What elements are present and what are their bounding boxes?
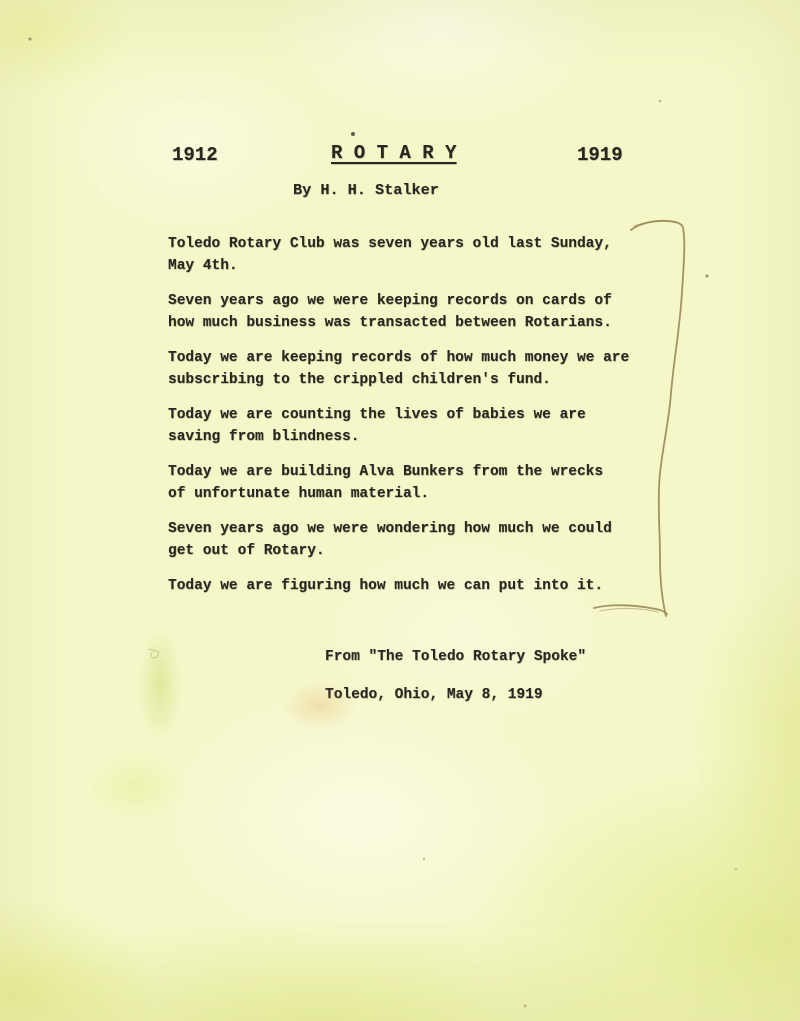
attribution-source: From "The Toledo Rotary Spoke": [325, 646, 586, 668]
paragraph-3: Today we are keeping records of how much…: [168, 347, 658, 391]
paragraph-7: Today we are figuring how much we can pu…: [168, 575, 658, 597]
paper-speck: [351, 132, 355, 136]
byline: By H. H. Stalker: [293, 179, 439, 201]
pencil-bracket-double-stroke: [634, 221, 677, 226]
paragraph-6: Seven years ago we were wondering how mu…: [168, 518, 658, 562]
paper-speck: [705, 274, 708, 277]
paper-speck: [659, 100, 662, 103]
paper-speck: [423, 858, 425, 860]
paragraph-2: Seven years ago we were keeping records …: [168, 290, 658, 334]
paper-speck: [28, 37, 31, 40]
paper-speck: [735, 868, 737, 870]
paragraph-4: Today we are counting the lives of babie…: [168, 404, 658, 448]
document-title: R O T A R Y: [329, 141, 458, 165]
paper-stain-yellow: [88, 752, 184, 822]
pencil-scribble: [149, 649, 159, 658]
paper-speck: [524, 1005, 527, 1008]
paragraph-5: Today we are building Alva Bunkers from …: [168, 461, 658, 505]
paper-stain-green: [138, 628, 182, 743]
year-left: 1912: [172, 144, 218, 166]
document-body: Toledo Rotary Club was seven years old l…: [168, 233, 658, 610]
paragraph-1: Toledo Rotary Club was seven years old l…: [168, 233, 658, 277]
attribution-place-date: Toledo, Ohio, May 8, 1919: [325, 684, 543, 706]
year-right: 1919: [577, 144, 623, 166]
scanned-document-page: 1912 R O T A R Y 1919 By H. H. Stalker T…: [0, 0, 800, 1021]
